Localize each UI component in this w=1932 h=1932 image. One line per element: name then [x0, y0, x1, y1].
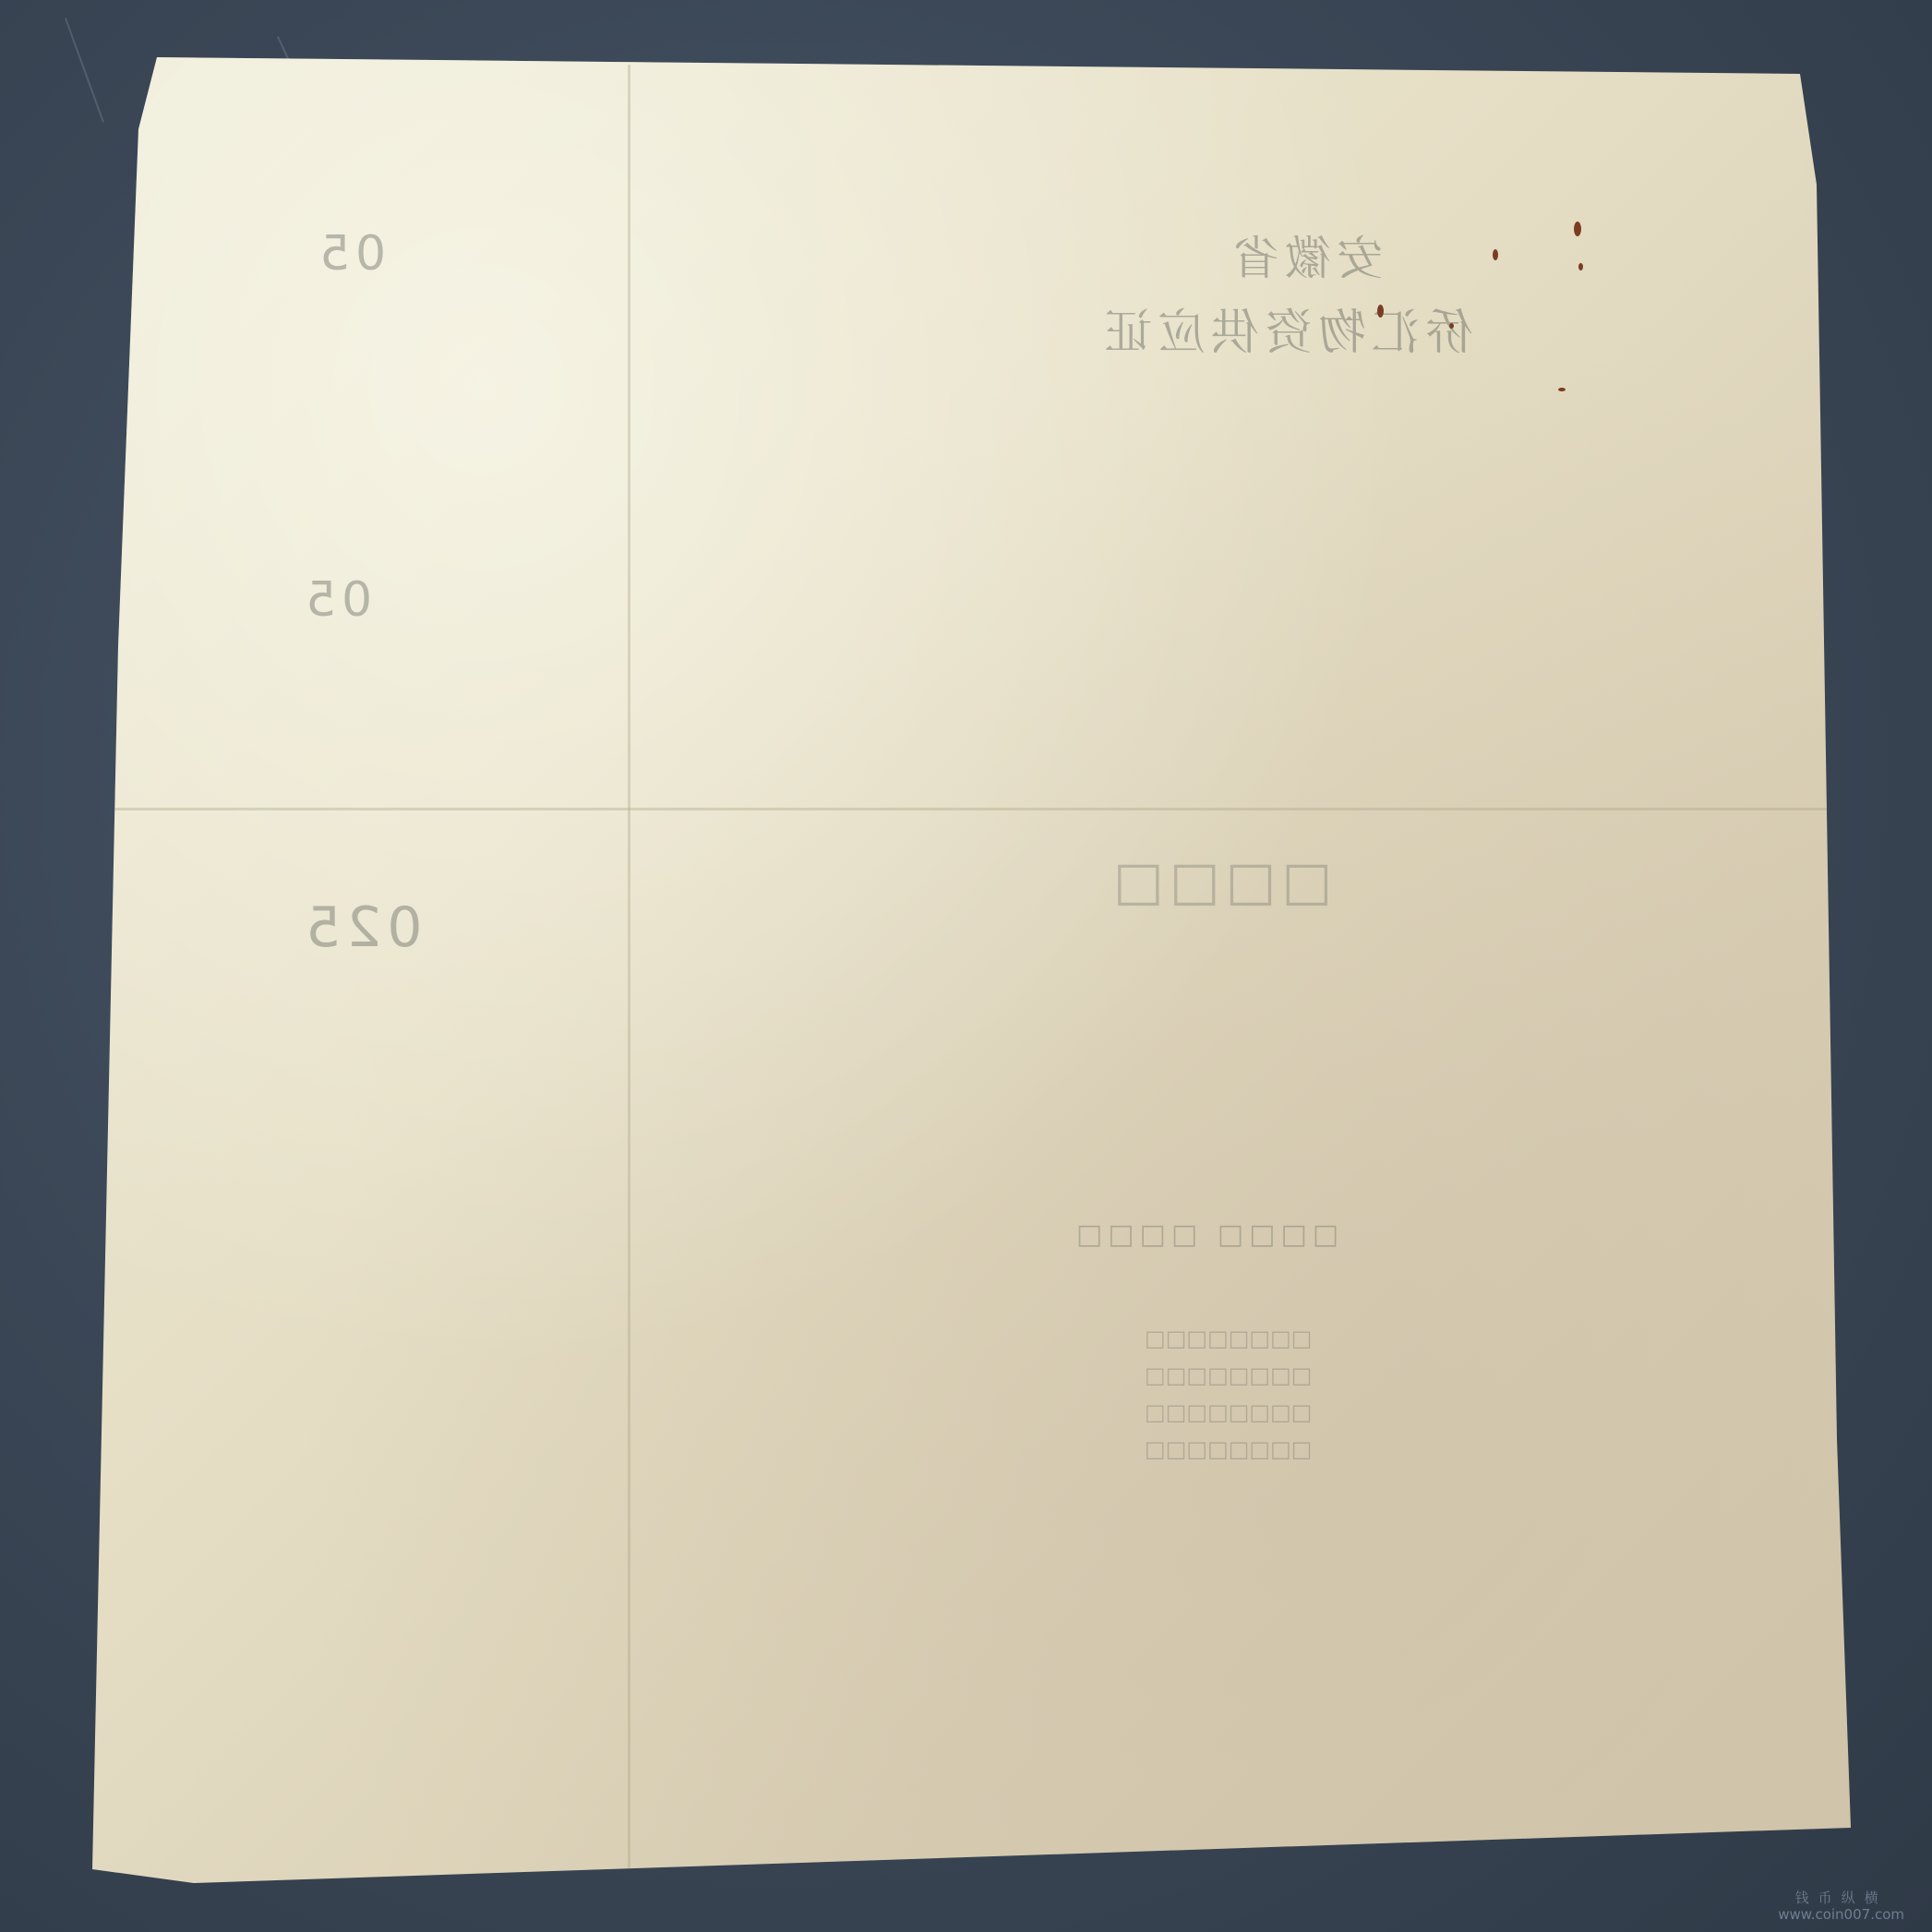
show-through-middle-block: □□□□ — [1108, 849, 1332, 912]
rust-spot — [1558, 388, 1566, 391]
show-through-title-province: 安徽省 — [1228, 222, 1383, 288]
rust-spot — [1449, 323, 1454, 329]
watermark: 钱币纵横 www.coin007.com — [1778, 1890, 1904, 1923]
show-through-lower-block: □□□□ □□□□ — [1071, 1218, 1338, 1251]
show-through-denomination: 05 — [314, 226, 386, 282]
rust-spot — [1578, 263, 1583, 270]
vertical-fold-line — [628, 65, 630, 1883]
rust-spot — [1574, 222, 1581, 236]
show-through-denomination: 05 — [300, 572, 372, 628]
horizontal-fold-line — [102, 808, 1837, 810]
show-through-title-coupon-name: 侨汇物资供应证 — [1098, 294, 1473, 363]
rust-spot — [1377, 305, 1384, 318]
surface-scratch — [65, 18, 104, 122]
rust-spot — [1493, 249, 1498, 260]
watermark-url: www.coin007.com — [1778, 1906, 1904, 1923]
show-through-denomination: 025 — [300, 895, 423, 960]
watermark-site-name: 钱币纵横 — [1778, 1890, 1904, 1906]
show-through-lower-lines: □□□□□□□□ □□□□□□□□ □□□□□□□□ □□□□□□□□ — [1145, 1320, 1312, 1468]
coupon-paper: 安徽省 侨汇物资供应证 05 05 025 □□□□ □□□□ □□□□ □□□… — [0, 0, 1932, 1932]
